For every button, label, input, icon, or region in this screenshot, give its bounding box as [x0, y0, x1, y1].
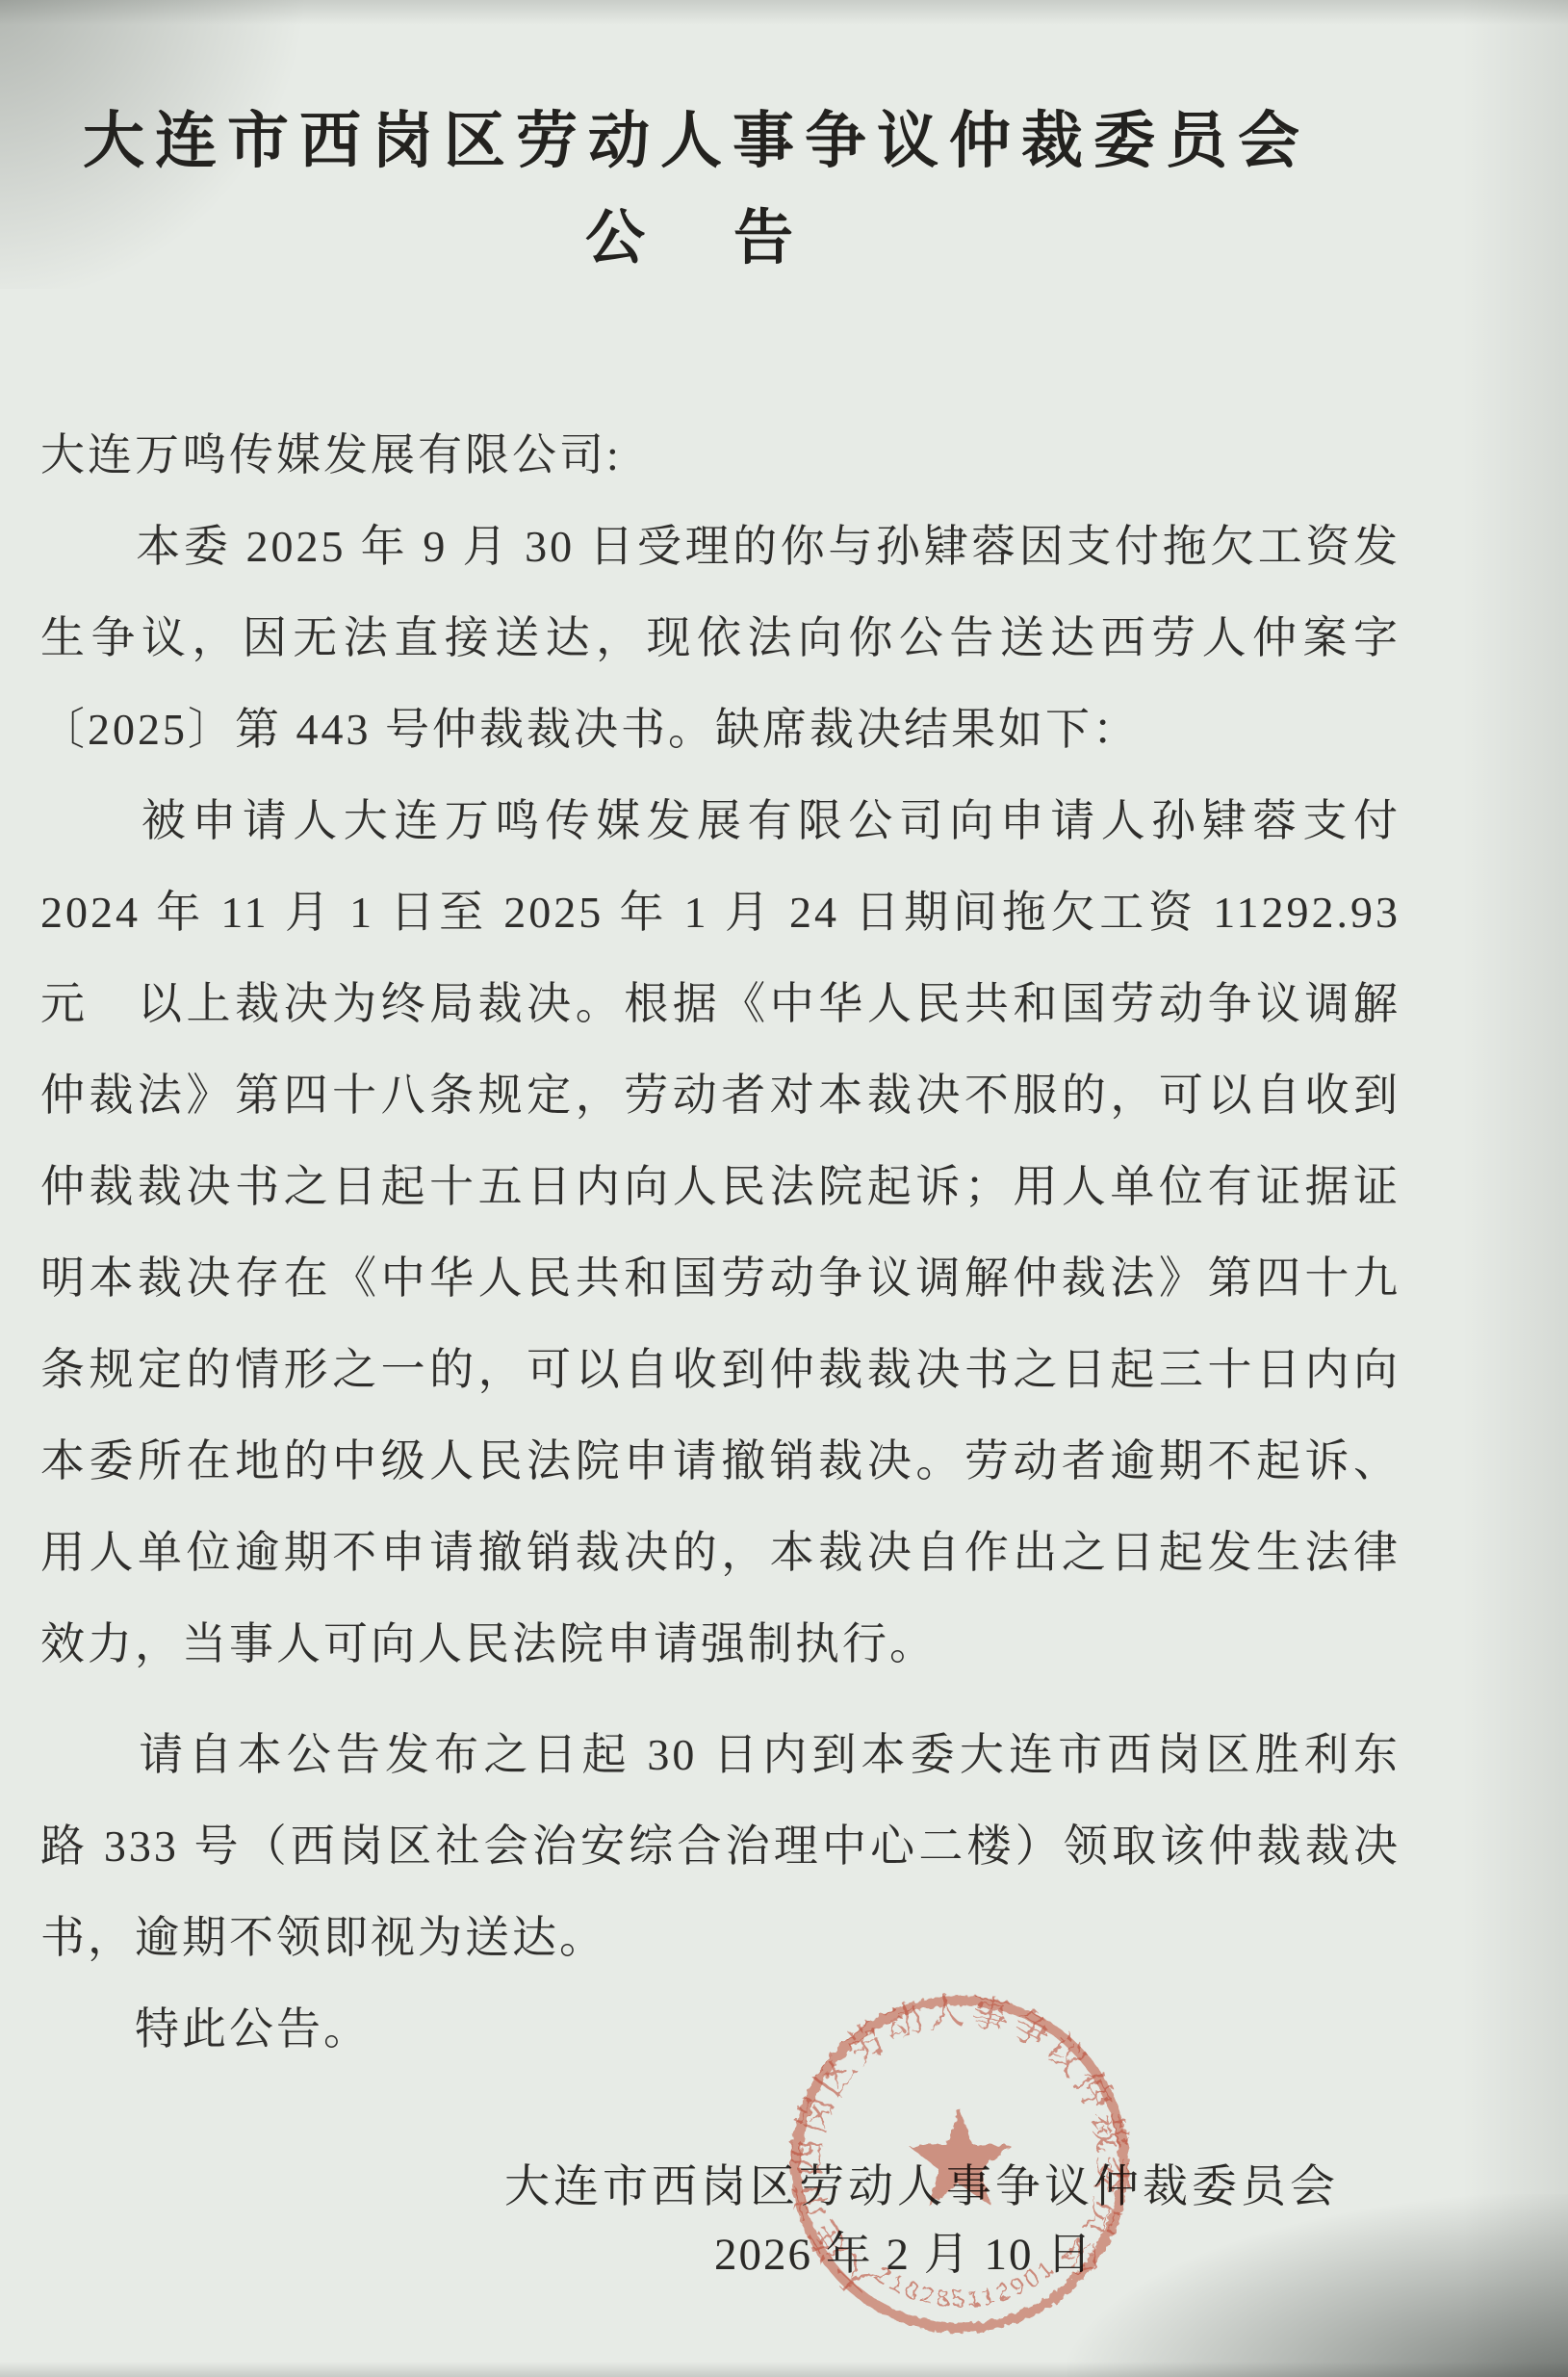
salutation: 大连万鸣传媒发展有限公司: — [40, 409, 1401, 501]
body-line: 特此公告。 — [40, 1983, 1401, 2075]
notice-header: 大连市西岗区劳动人事争议仲裁委员会 公 告 — [0, 104, 1393, 274]
body-line: 效力，当事人可向人民法院申请强制执行。 — [40, 1598, 1401, 1690]
photo-shadow-right-edge — [1462, 0, 1568, 2377]
committee-title: 大连市西岗区劳动人事争议仲裁委员会 — [0, 104, 1393, 178]
body-line: 被申请人大连万鸣传媒发展有限公司向申请人孙肄蓉支付 — [40, 775, 1401, 866]
body-line: 路 333 号（西岗区社会治安综合治理中心二楼）领取该仲裁裁决 — [40, 1800, 1401, 1892]
body-line: 〔2025〕第 443 号仲裁裁决书。缺席裁决结果如下： — [40, 684, 1401, 775]
body-line: 2024 年 11 月 1 日至 2025 年 1 月 24 日期间拖欠工资 1… — [40, 866, 1401, 958]
body-line: 书，逾期不领即视为送达。 — [40, 1892, 1401, 1983]
photo-shadow-bottom-edge — [0, 2362, 1568, 2377]
body-line: 本委 2025 年 9 月 30 日受理的你与孙肄蓉因支付拖欠工资发 — [40, 501, 1401, 592]
notice-page: 大连市西岗区劳动人事争议仲裁委员会 公 告 大连万鸣传媒发展有限公司: 本委 2… — [0, 0, 1568, 2377]
photo-shadow-top-edge — [0, 0, 1568, 25]
body-line: 本委所在地的中级人民法院申请撤销裁决。劳动者逾期不起诉、 — [40, 1415, 1401, 1507]
body-line: 请自本公告发布之日起 30 日内到本委大连市西岗区胜利东 — [40, 1709, 1401, 1800]
body-lines: 本委 2025 年 9 月 30 日受理的你与孙肄蓉因支付拖欠工资发生争议，因无… — [40, 501, 1401, 2075]
body-line: 明本裁决存在《中华人民共和国劳动争议调解仲裁法》第四十九 — [40, 1232, 1401, 1324]
notice-body: 大连万鸣传媒发展有限公司: 本委 2025 年 9 月 30 日受理的你与孙肄蓉… — [40, 409, 1401, 2075]
body-line: 用人单位逾期不申请撤销裁决的，本裁决自作出之日起发生法律 — [40, 1507, 1401, 1598]
seal-star-icon — [909, 2108, 1012, 2206]
seal-serial-number: 210285112901 — [871, 2253, 1062, 2312]
official-red-seal: 大连市西岗区劳动人事争议仲裁委员会 210285112901 — [767, 1972, 1152, 2357]
body-line: 生争议，因无法直接送达，现依法向你公告送达西劳人仲案字 — [40, 592, 1401, 684]
body-line: 条规定的情形之一的，可以自收到仲裁裁决书之日起三十日内向 — [40, 1324, 1401, 1415]
body-line: 仲裁裁决书之日起十五日内向人民法院起诉；用人单位有证据证 — [40, 1141, 1401, 1232]
body-line: 仲裁法》第四十八条规定，劳动者对本裁决不服的，可以自收到 — [40, 1049, 1401, 1141]
notice-title: 公 告 — [0, 203, 1393, 274]
body-line: 以上裁决为终局裁决。根据《中华人民共和国劳动争议调解 — [40, 958, 1401, 1049]
